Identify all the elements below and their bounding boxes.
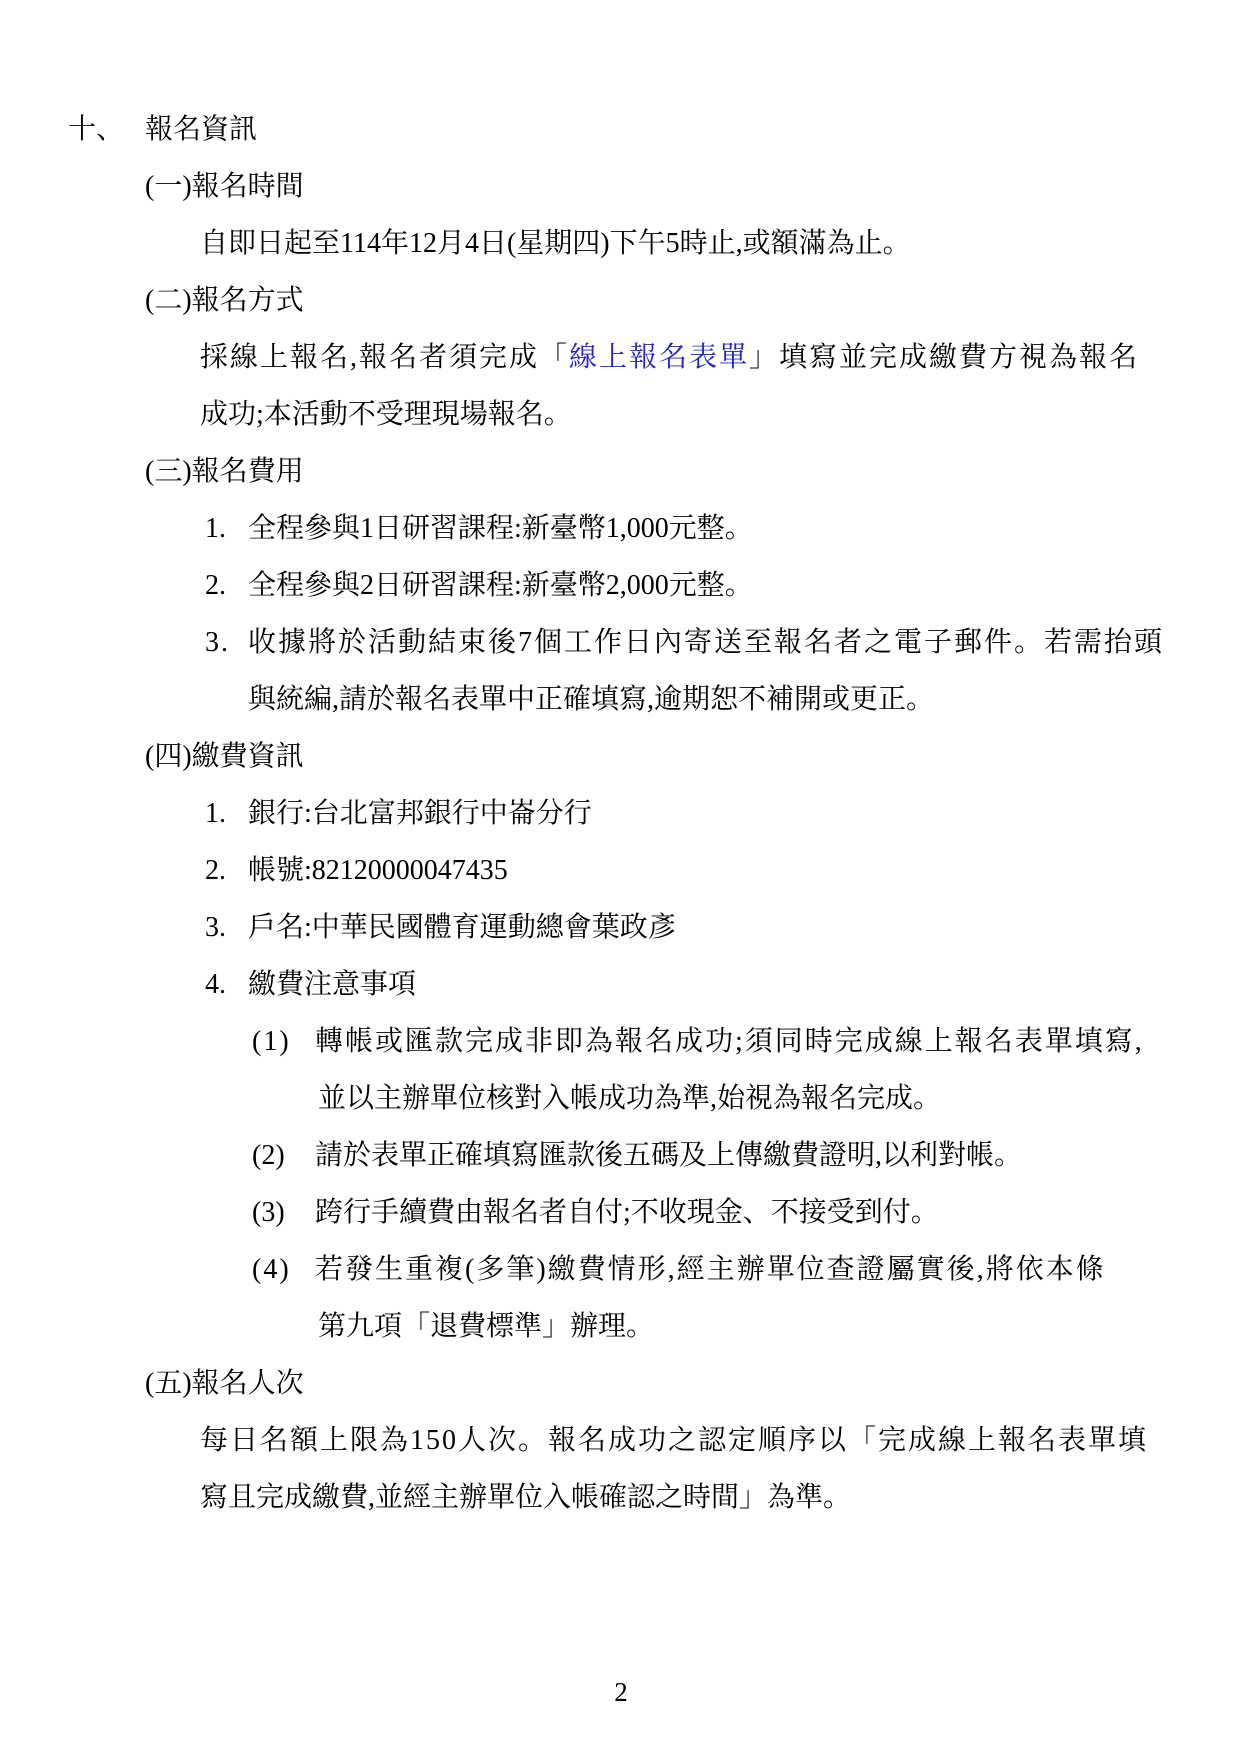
payment-note-3-number: (3)	[252, 1184, 315, 1241]
payment-note-4-continuation: 第九項「退費標準」辦理。	[0, 1298, 1242, 1355]
subsection-5-body-line1: 每日名額上限為150人次。報名成功之認定順序以「完成線上報名表單填	[0, 1412, 1242, 1469]
document-body: 十、報名資訊 (一)報名時間 自即日起至114年12月4日(星期四)下午5時止,…	[0, 101, 1242, 1526]
payment-account-name-text: 戶名:中華民國體育運動總會葉政彥	[248, 912, 676, 943]
document-page: 十、報名資訊 (一)報名時間 自即日起至114年12月4日(星期四)下午5時止,…	[0, 0, 1242, 1756]
subsection-2-label: (二)報名方式	[0, 272, 1242, 329]
payment-item-4-notes-label: 4.繳費注意事項	[0, 956, 1242, 1013]
payment-note-1-continuation: 並以主辦單位核對入帳成功為準,始視為報名完成。	[0, 1070, 1242, 1127]
fee-item-2-number: 2.	[205, 557, 248, 614]
fee-item-1-text: 全程參與1日研習課程:新臺幣1,000元整。	[248, 513, 753, 544]
section-heading-title: 報名資訊	[145, 114, 257, 145]
fee-item-3-text-line1: 收據將於活動結束後7個工作日內寄送至報名者之電子郵件。若需抬頭	[248, 627, 1164, 658]
fee-item-3-number: 3.	[205, 614, 248, 671]
payment-item-2-number: 2.	[205, 842, 248, 899]
section-heading-number: 十、	[68, 101, 145, 158]
subsection-2-text-pre: 採線上報名,報名者須完成「	[200, 342, 569, 373]
payment-item-4-number: 4.	[205, 956, 248, 1013]
subsection-1-label: (一)報名時間	[0, 158, 1242, 215]
payment-note-1-text-line1: 轉帳或匯款完成非即為報名成功;須同時完成線上報名表單填寫,	[315, 1026, 1144, 1057]
payment-note-4-text-line1: 若發生重複(多筆)繳費情形,經主辦單位查證屬實後,將依本條	[315, 1254, 1106, 1285]
section-heading: 十、報名資訊	[0, 101, 1242, 158]
subsection-1-body: 自即日起至114年12月4日(星期四)下午5時止,或額滿為止。	[0, 215, 1242, 272]
payment-item-2-account-number: 2.帳號:82120000047435	[0, 842, 1242, 899]
payment-note-4-number: (4)	[252, 1241, 315, 1298]
payment-note-3: (3)跨行手續費由報名者自付;不收現金、不接受到付。	[0, 1184, 1242, 1241]
fee-item-3: 3.收據將於活動結束後7個工作日內寄送至報名者之電子郵件。若需抬頭	[0, 614, 1242, 671]
subsection-4-label: (四)繳費資訊	[0, 728, 1242, 785]
subsection-2-body-line1: 採線上報名,報名者須完成「線上報名表單」填寫並完成繳費方視為報名	[0, 329, 1242, 386]
online-form-link[interactable]: 線上報名表單	[569, 342, 749, 373]
subsection-3-label: (三)報名費用	[0, 443, 1242, 500]
payment-note-1: (1)轉帳或匯款完成非即為報名成功;須同時完成線上報名表單填寫,	[0, 1013, 1242, 1070]
fee-item-1: 1.全程參與1日研習課程:新臺幣1,000元整。	[0, 500, 1242, 557]
payment-account-text: 帳號:82120000047435	[248, 855, 508, 886]
payment-note-3-text: 跨行手續費由報名者自付;不收現金、不接受到付。	[315, 1197, 939, 1228]
payment-item-1-bank: 1.銀行:台北富邦銀行中崙分行	[0, 785, 1242, 842]
payment-item-3-account-name: 3.戶名:中華民國體育運動總會葉政彥	[0, 899, 1242, 956]
payment-note-2-number: (2)	[252, 1127, 315, 1184]
fee-item-1-number: 1.	[205, 500, 248, 557]
payment-item-1-number: 1.	[205, 785, 248, 842]
fee-item-2-text: 全程參與2日研習課程:新臺幣2,000元整。	[248, 570, 753, 601]
payment-note-2: (2)請於表單正確填寫匯款後五碼及上傳繳費證明,以利對帳。	[0, 1127, 1242, 1184]
fee-item-2: 2.全程參與2日研習課程:新臺幣2,000元整。	[0, 557, 1242, 614]
payment-bank-text: 銀行:台北富邦銀行中崙分行	[248, 798, 592, 829]
payment-note-4: (4)若發生重複(多筆)繳費情形,經主辦單位查證屬實後,將依本條	[0, 1241, 1242, 1298]
payment-note-2-text: 請於表單正確填寫匯款後五碼及上傳繳費證明,以利對帳。	[315, 1140, 1022, 1171]
page-number: 2	[0, 1672, 1242, 1712]
subsection-5-body-line2: 寫且完成繳費,並經主辦單位入帳確認之時間」為準。	[0, 1469, 1242, 1526]
payment-item-3-number: 3.	[205, 899, 248, 956]
subsection-5-label: (五)報名人次	[0, 1355, 1242, 1412]
subsection-2-text-post: 」填寫並完成繳費方視為報名	[749, 342, 1139, 373]
fee-item-3-continuation: 與統編,請於報名表單中正確填寫,逾期恕不補開或更正。	[0, 671, 1242, 728]
payment-notes-label-text: 繳費注意事項	[248, 969, 416, 1000]
payment-note-1-number: (1)	[252, 1013, 315, 1070]
subsection-2-body-line2: 成功;本活動不受理現場報名。	[0, 386, 1242, 443]
